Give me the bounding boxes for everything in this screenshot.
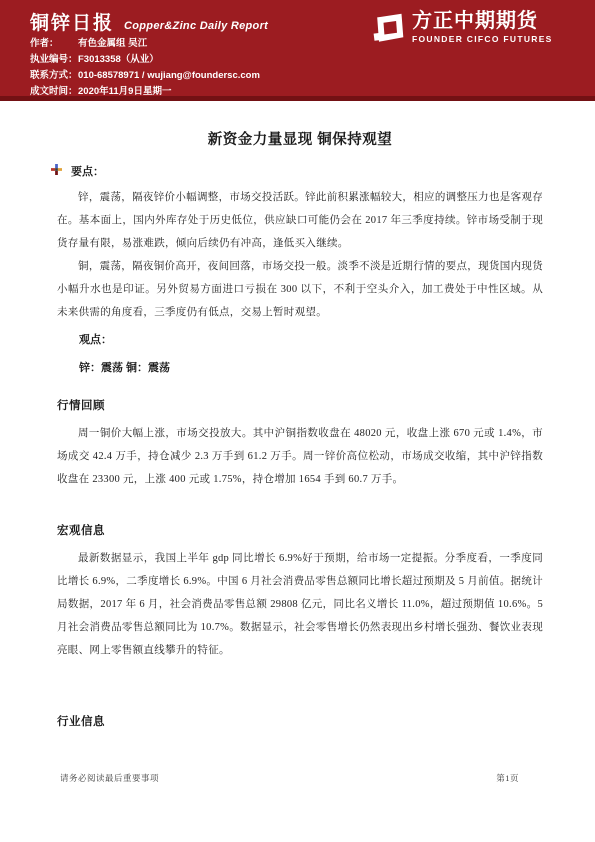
meta-value: 2020年11月9日星期一 bbox=[78, 86, 171, 97]
meta-value: 010-68578971 / wujiang@foundersc.com bbox=[78, 70, 260, 81]
viewpoint-heading: 观点： bbox=[57, 329, 543, 352]
viewpoint-text: 锌：震荡 铜：震荡 bbox=[57, 357, 543, 380]
article-title: 新资金力量显现 铜保持观望 bbox=[57, 128, 543, 149]
meta-label: 执业编号： bbox=[30, 52, 78, 68]
report-page: 铜锌日报Copper&Zinc Daily Report 作者：有色金属组 吴江… bbox=[0, 0, 595, 842]
keypoint-paragraph-zinc: 锌，震荡，隔夜锌价小幅调整，市场交投活跃。锌此前积累涨幅较大，相应的调整压力也是… bbox=[57, 186, 543, 255]
keypoints-heading: 要点： bbox=[71, 163, 104, 179]
founder-logo-icon bbox=[370, 11, 406, 54]
report-title-en: Copper&Zinc Daily Report bbox=[124, 20, 268, 32]
brand-logo-text: 方正中期期货 FOUNDER CIFCO FUTURES bbox=[412, 9, 553, 44]
meta-label: 成文时间： bbox=[30, 84, 78, 100]
meta-value: 有色金属组 吴江 bbox=[78, 38, 147, 49]
section-heading-market-review: 行情回顾 bbox=[57, 397, 543, 413]
meta-row-date: 成文时间：2020年11月9日星期一 bbox=[30, 84, 260, 100]
meta-label: 联系方式： bbox=[30, 68, 78, 84]
page-footer: 请务必阅读最后重要事项 第1页 bbox=[60, 772, 519, 784]
page-number: 第1页 bbox=[496, 772, 519, 784]
report-header: 铜锌日报Copper&Zinc Daily Report 作者：有色金属组 吴江… bbox=[0, 0, 595, 101]
keypoint-paragraph-copper: 铜，震荡，隔夜铜价高开，夜间回落，市场交投一般。淡季不淡是近期行情的要点，现货国… bbox=[57, 255, 543, 324]
meta-label: 作者： bbox=[30, 36, 78, 52]
section-body-macro-info: 最新数据显示，我国上半年 gdp 同比增长 6.9%好于预期，给市场一定提振。分… bbox=[57, 547, 543, 662]
meta-row-contact: 联系方式：010-68578971 / wujiang@foundersc.co… bbox=[30, 68, 260, 84]
section-heading-macro-info: 宏观信息 bbox=[57, 522, 543, 538]
meta-row-author: 作者：有色金属组 吴江 bbox=[30, 36, 260, 52]
brand-name-en: FOUNDER CIFCO FUTURES bbox=[412, 34, 553, 44]
disclaimer-text: 请务必阅读最后重要事项 bbox=[60, 772, 159, 784]
report-title-row: 铜锌日报Copper&Zinc Daily Report bbox=[30, 8, 268, 35]
author-meta-block: 作者：有色金属组 吴江 执业编号：F3013358（从业） 联系方式：010-6… bbox=[30, 36, 260, 100]
keypoints-heading-row: 要点： bbox=[51, 162, 543, 180]
meta-value: F3013358（从业） bbox=[78, 54, 159, 65]
section-body-market-review: 周一铜价大幅上涨，市场交投放大。其中沪铜指数收盘在 48020 元，收盘上涨 6… bbox=[57, 422, 543, 491]
colored-plus-bullet-icon bbox=[51, 162, 62, 180]
meta-row-license: 执业编号：F3013358（从业） bbox=[30, 52, 260, 68]
brand-name-cn: 方正中期期货 bbox=[412, 9, 553, 33]
report-body: 新资金力量显现 铜保持观望 要点： 锌，震荡，隔夜锌价小幅调整，市场交投活跃。锌… bbox=[57, 106, 543, 729]
brand-logo: 方正中期期货 FOUNDER CIFCO FUTURES bbox=[370, 9, 553, 54]
report-title-cn: 铜锌日报 bbox=[30, 13, 114, 34]
section-heading-industry-info: 行业信息 bbox=[57, 713, 543, 729]
